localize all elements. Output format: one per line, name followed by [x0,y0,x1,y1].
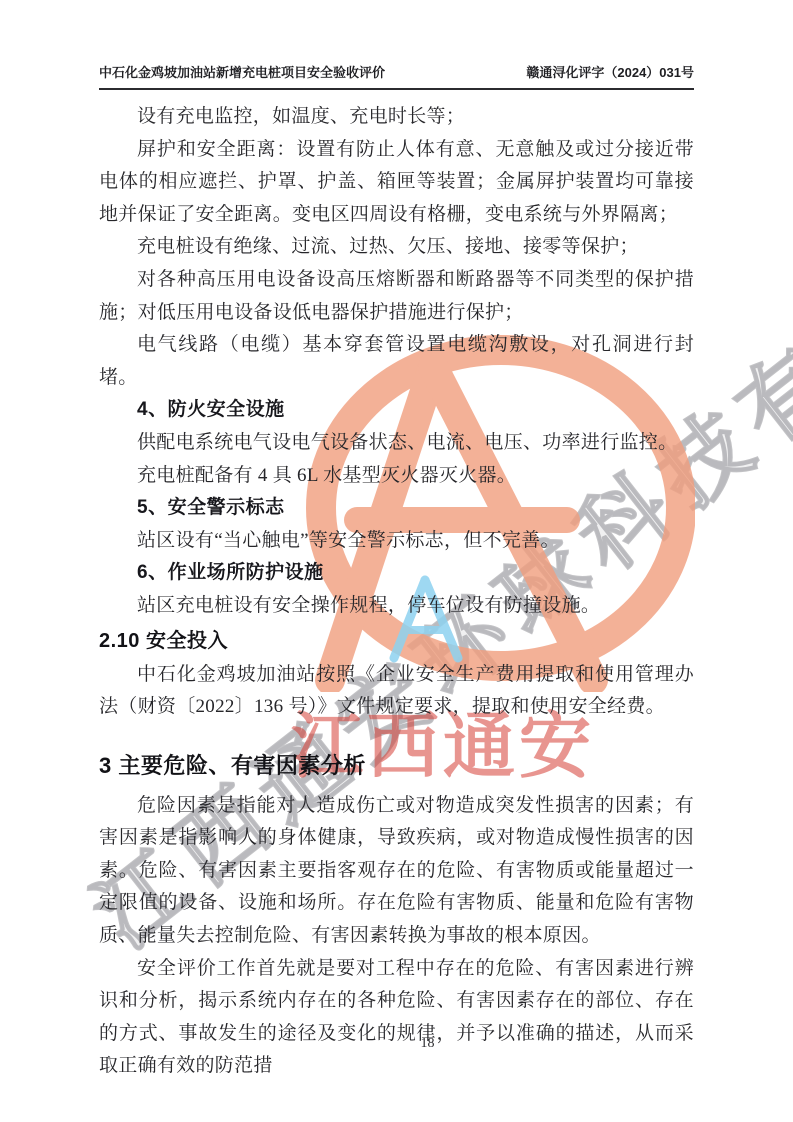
paragraph-warning-signs: 站区设有“当心触电”等安全警示标志，但不完善。 [99,525,694,558]
content: 设有充电监控，如温度、充电时长等；屏护和安全距离：设置有防止人体有意、无意触及或… [99,101,694,1083]
paragraph-shielding-safe-distance: 屏护和安全距离：设置有防止人体有意、无意触及或过分接近带电体的相应遮拦、护罩、护… [99,134,694,232]
heading-5-warning-signs: 5、安全警示标志 [99,492,694,525]
paragraph-hazard-definition: 危险因素是指能对人造成伤亡或对物造成突发性损害的因素；有害因素是指影响人的身体健… [99,790,694,953]
paragraph-cable-trench: 电气线路（电缆）基本穿套管设置电缆沟敷设，对孔洞进行封堵。 [99,329,694,394]
heading-4-fire-safety: 4、防火安全设施 [99,394,694,427]
page-header: 中石化金鸡坡加油站新增充电桩项目安全验收评价 赣通浔化评字（2024）031号 [99,62,694,90]
heading-2-10-safety-investment: 2.10 安全投入 [99,624,694,658]
paragraph-power-monitoring: 供配电系统电气设电气设备状态、电流、电压、功率进行监控。 [99,427,694,460]
paragraph-anti-collision: 站区充电桩设有安全操作规程，停车位设有防撞设施。 [99,590,694,623]
paragraph-extinguishers: 充电桩配备有 4 具 6L 水基型灭火器灭火器。 [99,460,694,493]
paragraph-pile-protections: 充电桩设有绝缘、过流、过热、欠压、接地、接零等保护； [99,231,694,264]
document-page: 江西通安环球科技有限公司 江西通安 中石化金鸡坡加油站新增充电桩项目安全验收评价… [0,0,793,1122]
paragraph-hv-lv-protection: 对各种高压用电设备设高压熔断器和断路器等不同类型的保护措施；对低压用电设备设低电… [99,264,694,329]
paragraph-safety-funds: 中石化金鸡坡加油站按照《企业安全生产费用提取和使用管理办法（财资〔2022〕13… [99,659,694,724]
paragraph-evaluation-work: 安全评价工作首先就是要对工程中存在的危险、有害因素进行辨识和分析，揭示系统内存在… [99,953,694,1083]
header-title-left: 中石化金鸡坡加油站新增充电桩项目安全验收评价 [99,62,385,81]
page-number: 18 [0,1036,793,1052]
heading-3-hazard-analysis: 3 主要危险、有害因素分析 [99,748,694,784]
header-doc-number-right: 赣通浔化评字（2024）031号 [526,62,694,81]
heading-6-workplace-protection: 6、作业场所防护设施 [99,557,694,590]
paragraph-charging-monitor: 设有充电监控，如温度、充电时长等； [99,101,694,134]
